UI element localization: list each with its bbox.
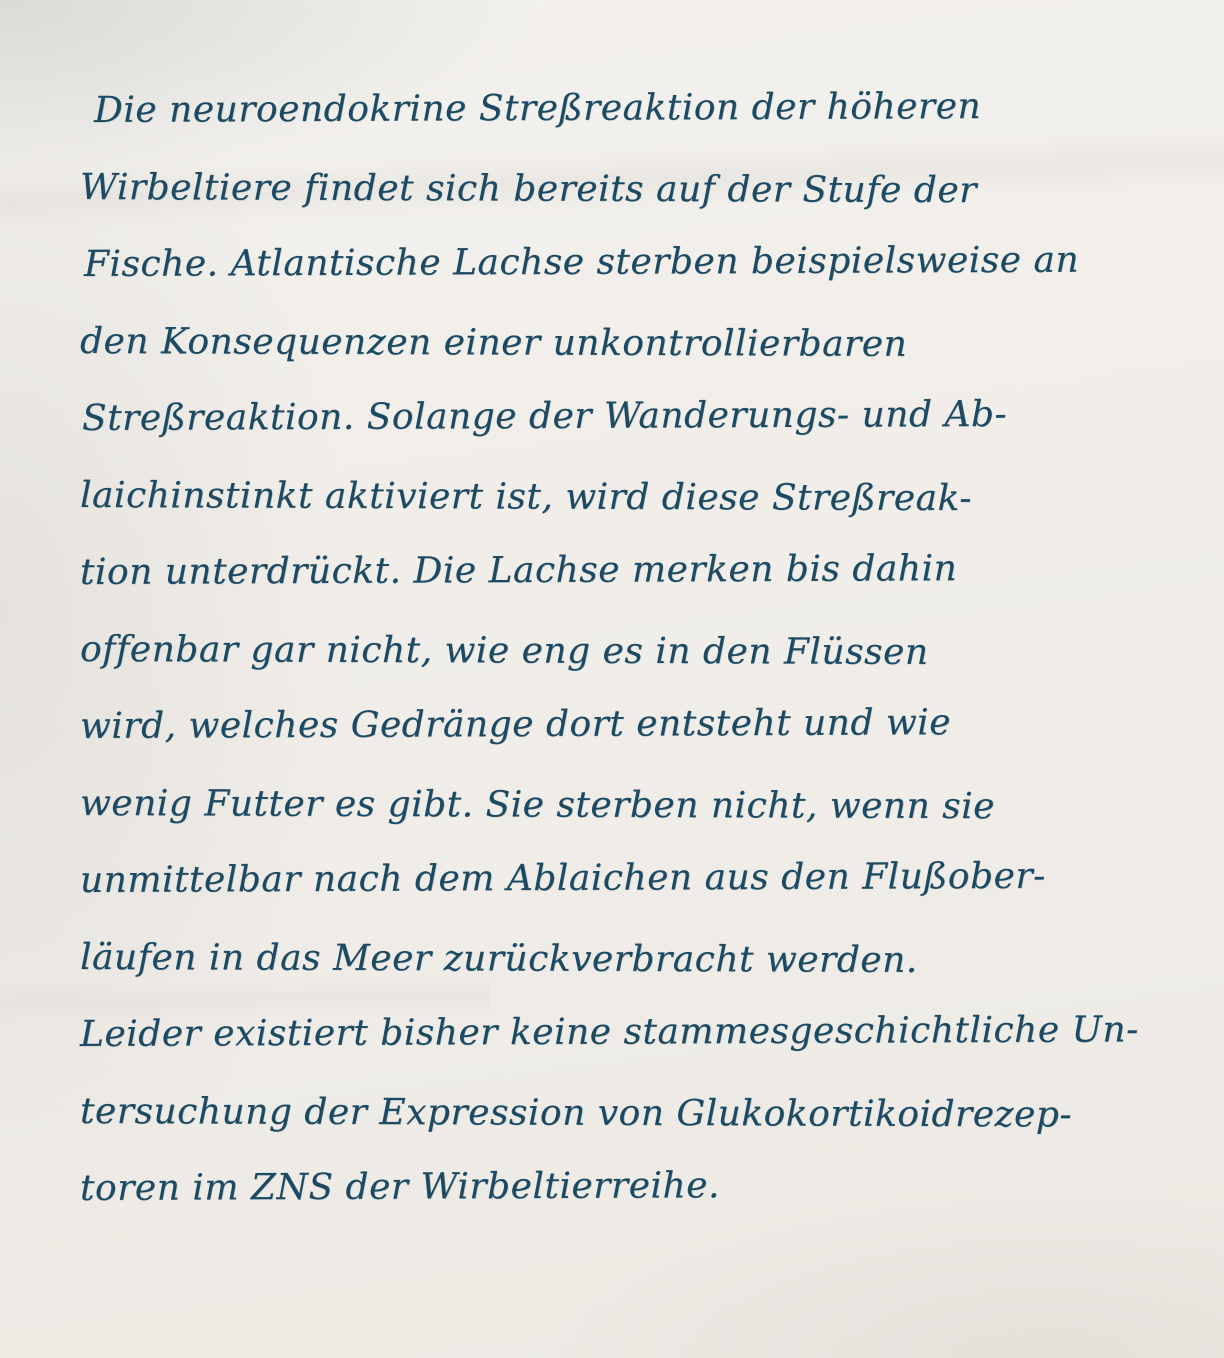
handwritten-line-3: Fische. Atlantische Lachse sterben beisp…: [80, 221, 1184, 303]
handwritten-line-14: tersuchung der Expression von Glukokorti…: [80, 1073, 1184, 1154]
handwritten-line-8: offenbar gar nicht, wie eng es in den Fl…: [80, 611, 1184, 692]
handwritten-line-7: tion unterdrückt. Die Lachse merken bis …: [80, 529, 1184, 611]
handwritten-line-11: unmittelbar nach dem Ablaichen aus den F…: [80, 837, 1184, 919]
handwritten-line-2: Wirbeltiere findet sich bereits auf der …: [80, 149, 1184, 230]
handwritten-line-13: Leider existiert bisher keine stammesges…: [80, 991, 1184, 1073]
handwritten-line-10: wenig Futter es gibt. Sie sterben nicht,…: [80, 765, 1184, 846]
handwritten-line-6: laichinstinkt aktiviert ist, wird diese …: [80, 457, 1184, 538]
handwritten-line-9: wird, welches Gedränge dort entsteht und…: [80, 683, 1184, 765]
handwritten-line-15: toren im ZNS der Wirbeltierreihe.: [80, 1145, 1184, 1227]
handwritten-line-5: Streßreaktion. Solange der Wanderungs- u…: [80, 375, 1184, 457]
handwritten-line-12: läufen in das Meer zurückverbracht werde…: [80, 919, 1184, 1000]
handwritten-line-4: den Konsequenzen einer unkontrollierbare…: [80, 303, 1184, 384]
handwritten-page: Die neuroendokrine Streßreaktion der höh…: [0, 0, 1224, 1358]
handwriting-block: Die neuroendokrine Streßreaktion der höh…: [80, 72, 1184, 1227]
handwritten-line-1: Die neuroendokrine Streßreaktion der höh…: [80, 67, 1184, 149]
